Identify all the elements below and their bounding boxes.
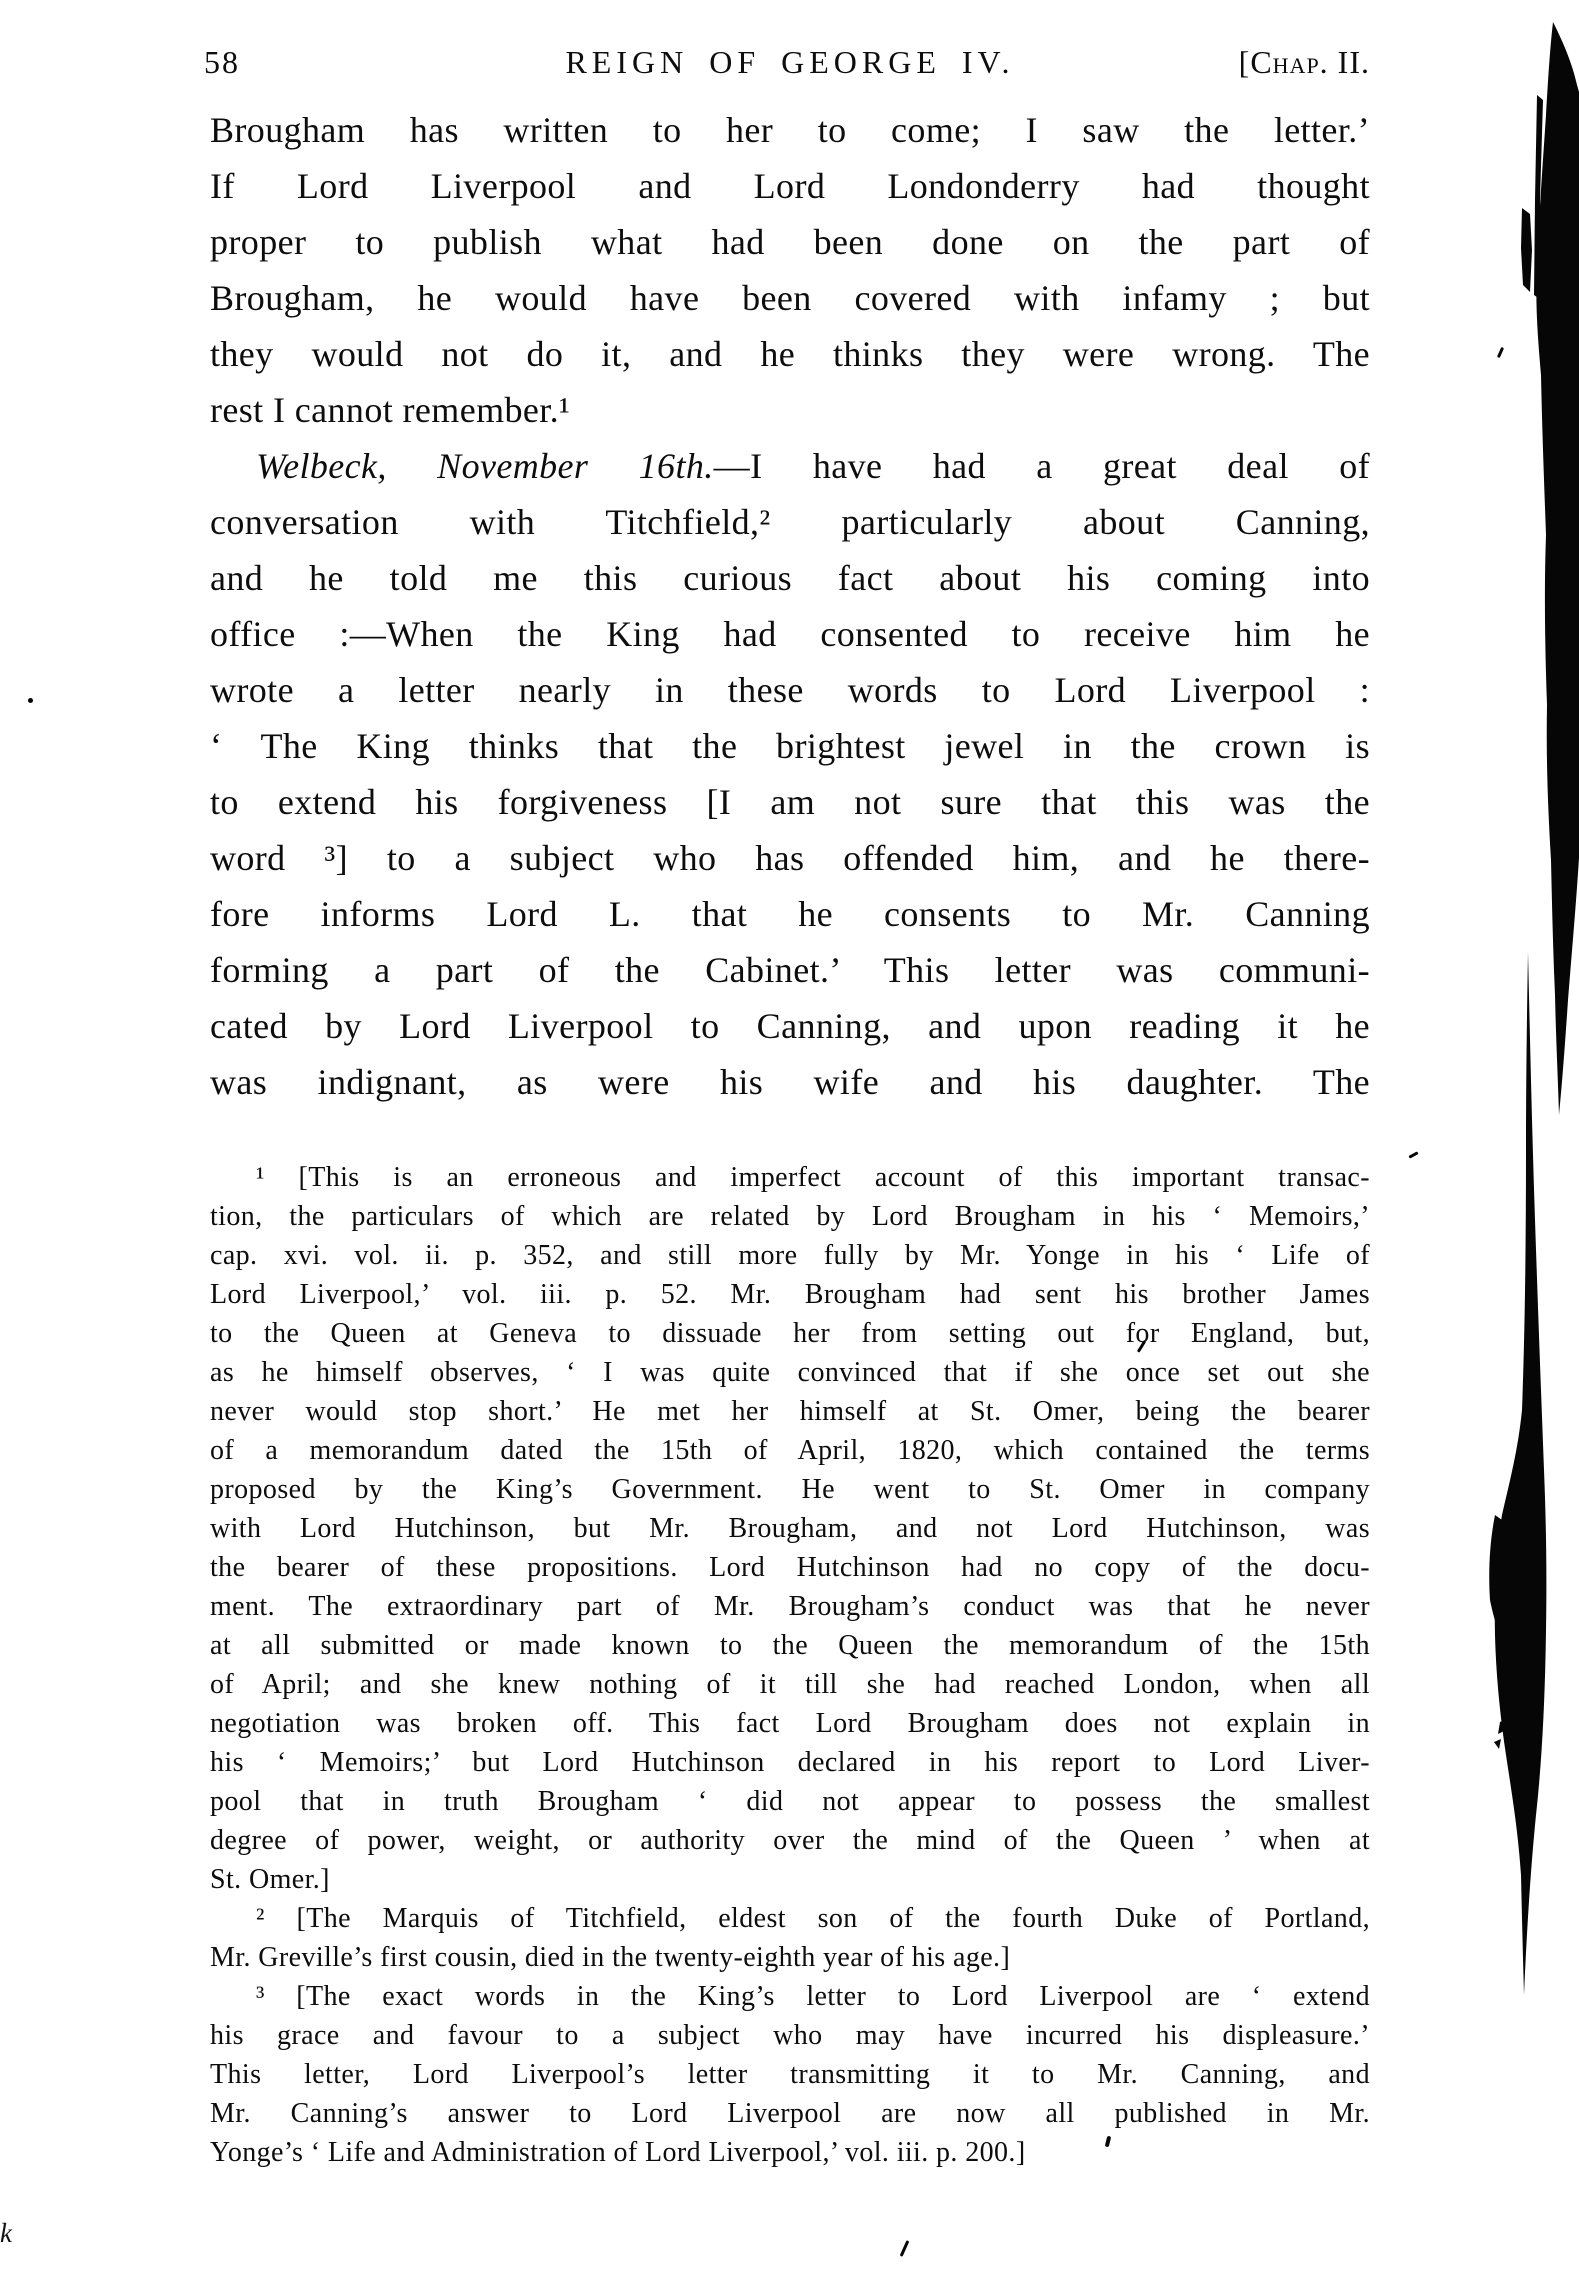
text-segment: ³ [The exact words in the King’s letter …: [256, 1981, 1370, 2012]
text-line: ³ [The exact words in the King’s letter …: [210, 1977, 1370, 2016]
chapter-label: [Chap. II.: [1239, 44, 1370, 81]
text-line: If Lord Liverpool and Lord Londonderry h…: [210, 158, 1370, 214]
text-line: forming a part of the Cabinet.’ This let…: [210, 942, 1370, 998]
text-segment: of April; and she knew nothing of it til…: [210, 1669, 1370, 1700]
text-line: ² [The Marquis of Titchfield, eldest son…: [210, 1899, 1370, 1938]
text-segment: degree of power, weight, or authority ov…: [210, 1825, 1370, 1856]
text-line: at all submitted or made known to the Qu…: [210, 1626, 1370, 1665]
text-line: proposed by the King’s Government. He we…: [210, 1470, 1370, 1509]
footnote-2: ² [The Marquis of Titchfield, eldest son…: [210, 1899, 1370, 1977]
footnotes: ¹ [This is an erroneous and imperfect ac…: [210, 1158, 1370, 2172]
text-line: to extend his forgiveness [I am not sure…: [210, 774, 1370, 830]
text-segment: of a memorandum dated the 15th of April,…: [210, 1435, 1370, 1466]
text-line: Yonge’s ‘ Life and Administration of Lor…: [210, 2133, 1370, 2172]
text-segment: fore informs Lord L. that he consents to…: [210, 894, 1370, 934]
text-line: of a memorandum dated the 15th of April,…: [210, 1431, 1370, 1470]
text-line: never would stop short.’ He met her hims…: [210, 1392, 1370, 1431]
text-line: cap. xvi. vol. ii. p. 352, and still mor…: [210, 1236, 1370, 1275]
text-line: the bearer of these propositions. Lord H…: [210, 1548, 1370, 1587]
italic-text: Welbeck, November 16th.: [256, 446, 714, 486]
text-segment: ¹ [This is an erroneous and imperfect ac…: [256, 1162, 1370, 1193]
text-segment: was indignant, as were his wife and his …: [210, 1062, 1370, 1102]
text-segment: as he himself observes, ‘ I was quite co…: [210, 1357, 1370, 1388]
text-segment: ment. The extraordinary part of Mr. Brou…: [210, 1591, 1370, 1622]
text-line: degree of power, weight, or authority ov…: [210, 1821, 1370, 1860]
text-segment: to extend his forgiveness [I am not sure…: [210, 782, 1370, 822]
text-segment: If Lord Liverpool and Lord Londonderry h…: [210, 166, 1370, 206]
text-line: Brougham has written to her to come; I s…: [210, 102, 1370, 158]
text-line: This letter, Lord Liverpool’s letter tra…: [210, 2055, 1370, 2094]
text-segment: —I have had a great deal of: [714, 446, 1370, 486]
text-segment: negotiation was broken off. This fact Lo…: [210, 1708, 1370, 1739]
text-segment: This letter, Lord Liverpool’s letter tra…: [210, 2059, 1370, 2090]
text-segment: ² [The Marquis of Titchfield, eldest son…: [256, 1903, 1370, 1934]
text-segment: forming a part of the Cabinet.’ This let…: [210, 950, 1370, 990]
text-line: fore informs Lord L. that he consents to…: [210, 886, 1370, 942]
text-segment: word ³] to a subject who has offended hi…: [210, 838, 1370, 878]
diary-entry-welbeck: Welbeck, November 16th.—I have had a gre…: [210, 438, 1370, 1110]
text-segment: at all submitted or made known to the Qu…: [210, 1630, 1370, 1661]
page-header: 58 REIGN OF GEORGE IV. [Chap. II.: [210, 44, 1370, 88]
text-segment: cap. xvi. vol. ii. p. 352, and still mor…: [210, 1240, 1370, 1271]
text-line: wrote a letter nearly in these words to …: [210, 662, 1370, 718]
text-line: Lord Liverpool,’ vol. iii. p. 52. Mr. Br…: [210, 1275, 1370, 1314]
text-line: as he himself observes, ‘ I was quite co…: [210, 1353, 1370, 1392]
ink-speck: [28, 698, 33, 703]
text-segment: conversation with Titchfield,² particula…: [210, 502, 1370, 542]
running-title: REIGN OF GEORGE IV.: [210, 44, 1370, 81]
ink-slash: [900, 2240, 910, 2257]
footnote-3: ³ [The exact words in the King’s letter …: [210, 1977, 1370, 2172]
text-line: Brougham, he would have been covered wit…: [210, 270, 1370, 326]
text-line: to the Queen at Geneva to dissuade her f…: [210, 1314, 1370, 1353]
text-segment: rest I cannot remember.¹: [210, 390, 570, 430]
text-segment: they would not do it, and he thinks they…: [210, 334, 1370, 374]
text-line: with Lord Hutchinson, but Mr. Brougham, …: [210, 1509, 1370, 1548]
corner-mark: k: [0, 2218, 12, 2249]
footnote-1: ¹ [This is an erroneous and imperfect ac…: [210, 1158, 1370, 1899]
text-segment: cated by Lord Liverpool to Canning, and …: [210, 1006, 1370, 1046]
text-segment: office :—When the King had consented to …: [210, 614, 1370, 654]
text-segment: Mr. Canning’s answer to Lord Liverpool a…: [210, 2098, 1370, 2129]
text-line: rest I cannot remember.¹: [210, 382, 1370, 438]
text-segment: St. Omer.]: [210, 1864, 330, 1895]
text-line: word ³] to a subject who has offended hi…: [210, 830, 1370, 886]
text-segment: wrote a letter nearly in these words to …: [210, 670, 1370, 710]
text-line: office :—When the King had consented to …: [210, 606, 1370, 662]
text-line: was indignant, as were his wife and his …: [210, 1054, 1370, 1110]
text-line: Mr. Greville’s first cousin, died in the…: [210, 1938, 1370, 1977]
paragraph-continuation: Brougham has written to her to come; I s…: [210, 102, 1370, 438]
ink-tick: [1497, 347, 1504, 358]
text-segment: Brougham has written to her to come; I s…: [210, 110, 1370, 150]
text-segment: Mr. Greville’s first cousin, died in the…: [210, 1942, 1010, 1973]
text-segment: his ‘ Memoirs;’ but Lord Hutchinson decl…: [210, 1747, 1370, 1778]
text-segment: tion, the particulars of which are relat…: [210, 1201, 1370, 1232]
text-segment: to the Queen at Geneva to dissuade her f…: [210, 1318, 1370, 1349]
text-line: St. Omer.]: [210, 1860, 1370, 1899]
text-line: ¹ [This is an erroneous and imperfect ac…: [210, 1158, 1370, 1197]
text-segment: Yonge’s ‘ Life and Administration of Lor…: [210, 2137, 1026, 2168]
text-segment: proper to publish what had been done on …: [210, 222, 1370, 262]
text-line: Mr. Canning’s answer to Lord Liverpool a…: [210, 2094, 1370, 2133]
ink-streak-right-edge: [1480, 0, 1579, 2281]
text-segment: pool that in truth Brougham ‘ did not ap…: [210, 1786, 1370, 1817]
text-line: ‘ The King thinks that the brightest jew…: [210, 718, 1370, 774]
text-line: his ‘ Memoirs;’ but Lord Hutchinson decl…: [210, 1743, 1370, 1782]
text-segment: Lord Liverpool,’ vol. iii. p. 52. Mr. Br…: [210, 1279, 1370, 1310]
text-line: and he told me this curious fact about h…: [210, 550, 1370, 606]
text-line: proper to publish what had been done on …: [210, 214, 1370, 270]
text-line: Welbeck, November 16th.—I have had a gre…: [210, 438, 1370, 494]
text-segment: with Lord Hutchinson, but Mr. Brougham, …: [210, 1513, 1370, 1544]
text-segment: his grace and favour to a subject who ma…: [210, 2020, 1370, 2051]
text-segment: the bearer of these propositions. Lord H…: [210, 1552, 1370, 1583]
text-segment: never would stop short.’ He met her hims…: [210, 1396, 1370, 1427]
text-line: conversation with Titchfield,² particula…: [210, 494, 1370, 550]
text-segment: proposed by the King’s Government. He we…: [210, 1474, 1370, 1505]
text-line: of April; and she knew nothing of it til…: [210, 1665, 1370, 1704]
text-line: tion, the particulars of which are relat…: [210, 1197, 1370, 1236]
text-line: cated by Lord Liverpool to Canning, and …: [210, 998, 1370, 1054]
text-segment: Brougham, he would have been covered wit…: [210, 278, 1370, 318]
text-line: negotiation was broken off. This fact Lo…: [210, 1704, 1370, 1743]
ink-tick: [1408, 1151, 1418, 1158]
text-line: they would not do it, and he thinks they…: [210, 326, 1370, 382]
text-segment: ‘ The King thinks that the brightest jew…: [210, 726, 1370, 766]
text-line: ment. The extraordinary part of Mr. Brou…: [210, 1587, 1370, 1626]
book-page-scan: 58 REIGN OF GEORGE IV. [Chap. II. Brough…: [0, 0, 1579, 2281]
text-line: pool that in truth Brougham ‘ did not ap…: [210, 1782, 1370, 1821]
text-line: his grace and favour to a subject who ma…: [210, 2016, 1370, 2055]
text-segment: and he told me this curious fact about h…: [210, 558, 1370, 598]
body-text: Brougham has written to her to come; I s…: [210, 102, 1370, 1110]
